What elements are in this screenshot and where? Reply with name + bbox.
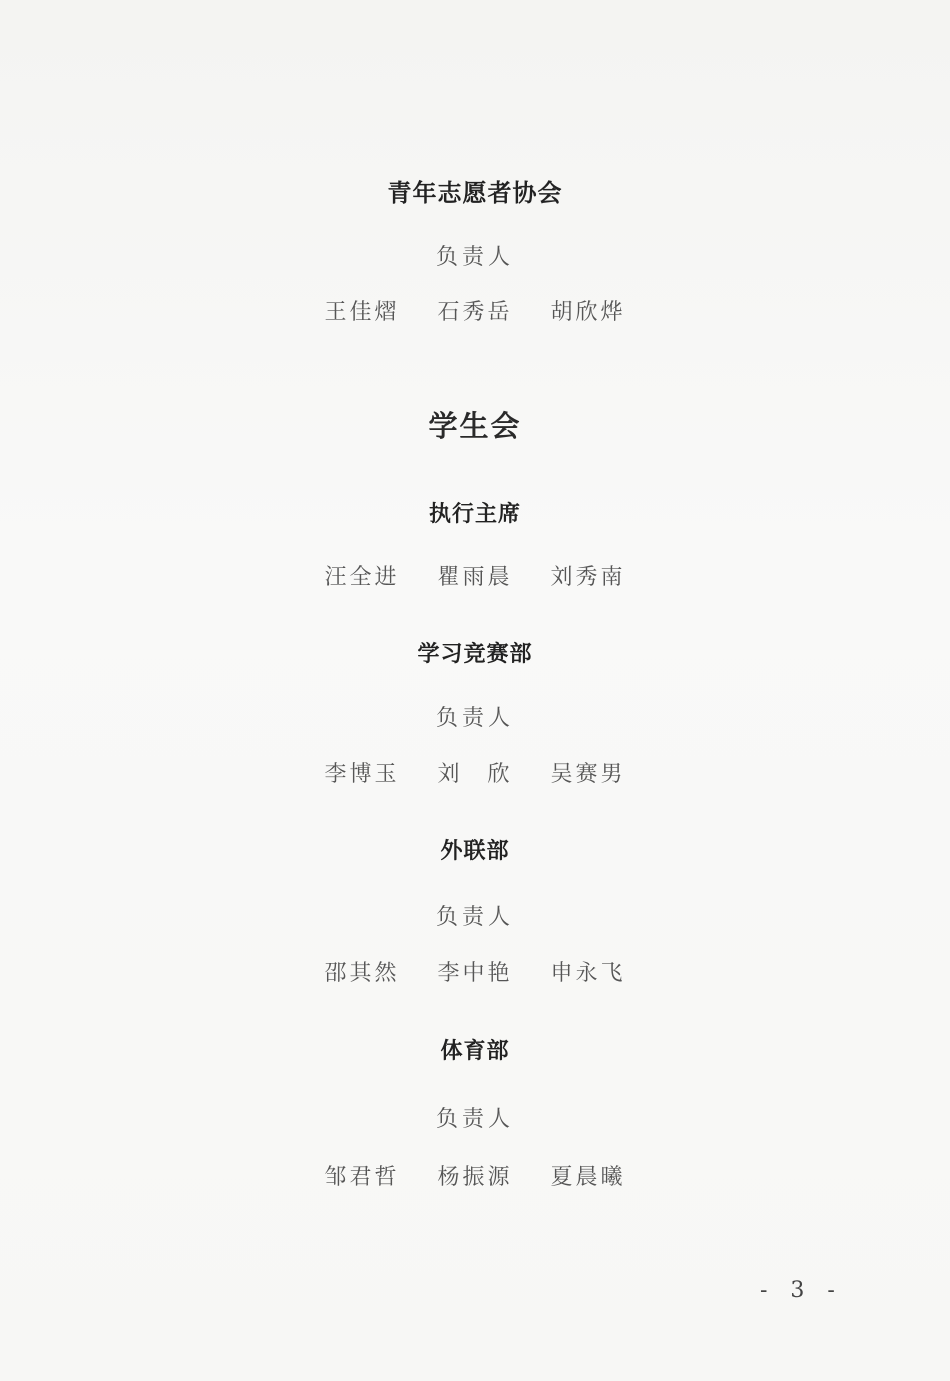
person-name: 王佳熠 — [324, 295, 399, 326]
person-name: 吴赛男 — [551, 757, 626, 788]
role-label: 负责人 — [0, 701, 950, 732]
person-name: 李中艳 — [437, 956, 512, 987]
section-title-student-union: 学生会 — [0, 404, 950, 445]
role-label: 负责人 — [0, 240, 950, 271]
group-title-study-competition: 学习竞赛部 — [0, 637, 950, 668]
name-list: 邵其然 李中艳 申永飞 — [0, 956, 950, 987]
person-name: 刘 欣 — [437, 757, 512, 788]
group-title-external-relations: 外联部 — [0, 834, 950, 865]
person-name: 胡欣烨 — [551, 295, 626, 326]
person-name: 瞿雨晨 — [437, 560, 512, 591]
name-list: 王佳熠 石秀岳 胡欣烨 — [0, 295, 950, 326]
person-name: 杨振源 — [437, 1160, 512, 1191]
page-number: - 3 - — [760, 1278, 843, 1303]
person-name: 李博玉 — [324, 757, 399, 788]
person-name: 夏晨曦 — [551, 1160, 626, 1191]
section-title-volunteer-association: 青年志愿者协会 — [0, 173, 950, 208]
person-name: 汪全进 — [324, 560, 399, 591]
name-list: 汪全进 瞿雨晨 刘秀南 — [0, 560, 950, 591]
name-list: 邹君哲 杨振源 夏晨曦 — [0, 1160, 950, 1191]
person-name: 刘秀南 — [551, 560, 626, 591]
group-title-sports: 体育部 — [0, 1034, 950, 1065]
name-list: 李博玉 刘 欣 吴赛男 — [0, 757, 950, 788]
person-name: 石秀岳 — [437, 295, 512, 326]
role-label: 负责人 — [0, 1102, 950, 1133]
person-name: 申永飞 — [551, 956, 626, 987]
group-title-executive-chair: 执行主席 — [0, 497, 950, 528]
person-name: 邹君哲 — [324, 1160, 399, 1191]
person-name: 邵其然 — [324, 956, 399, 987]
role-label: 负责人 — [0, 900, 950, 931]
document-page: 青年志愿者协会 负责人 王佳熠 石秀岳 胡欣烨 学生会 执行主席 汪全进 瞿雨晨… — [0, 0, 950, 1381]
